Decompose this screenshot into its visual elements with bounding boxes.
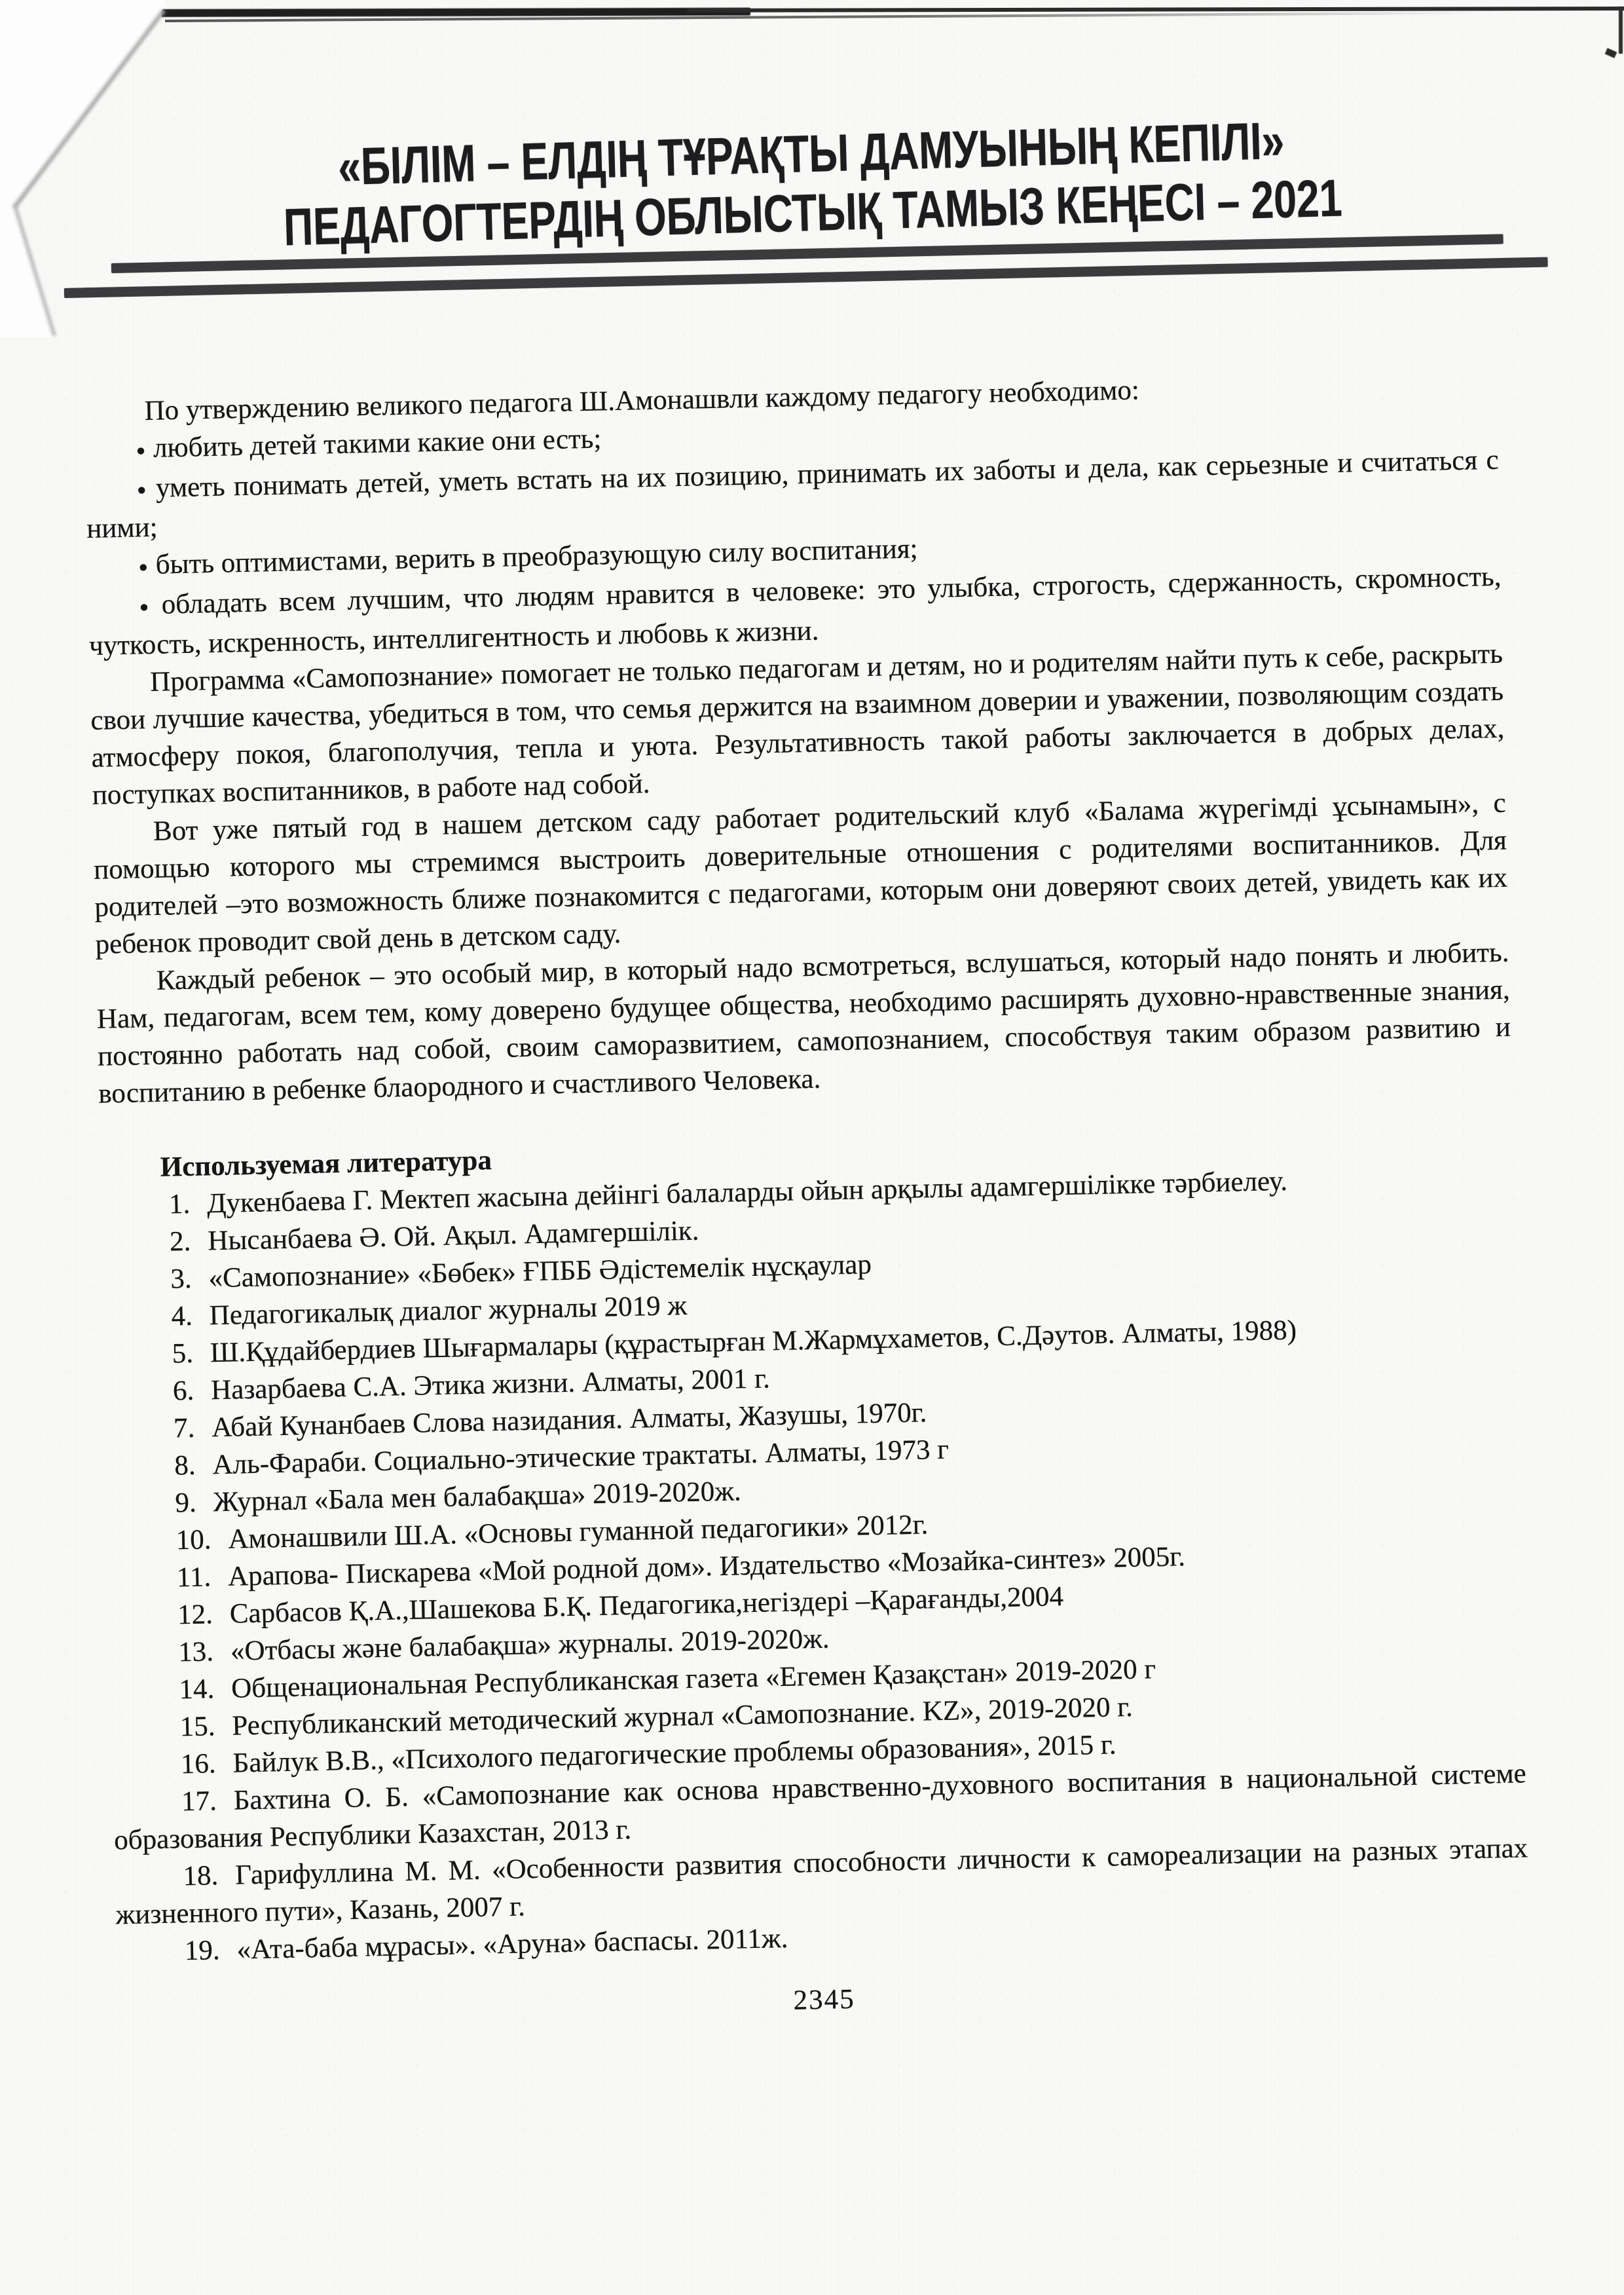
literature-item-text: Педагогикалық диалог журналы 2019 ж [209, 1290, 687, 1331]
page-right-edge-tick [1605, 48, 1617, 58]
literature-item-number: 10. [175, 1524, 212, 1556]
page-number: 2345 [117, 1966, 1531, 2033]
literature-item-number: 16. [180, 1748, 216, 1780]
page-top-edge-line [161, 8, 750, 17]
literature-item-number: 15. [179, 1711, 215, 1742]
literature-item-text: «Ата-баба мұрасы». «Аруна» баспасы. 2011… [236, 1923, 788, 1966]
literature-item-number: 5. [172, 1338, 193, 1370]
literature-item-number: 17. [181, 1785, 217, 1817]
literature-item-number: 4. [171, 1301, 193, 1332]
literature-item-number: 11. [176, 1561, 211, 1593]
document-body: По утверждению великого педагога Ш.Амона… [84, 364, 1531, 2033]
bullet-list: любить детей такими какие они есть; умет… [84, 401, 1502, 665]
literature-item-number: 8. [174, 1450, 196, 1482]
literature-item-number: 6. [172, 1375, 194, 1407]
literature-item-number: 14. [179, 1673, 215, 1705]
body-paragraph: Вот уже пятый год в нашем детском саду р… [92, 784, 1508, 963]
literature-item-number: 18. [183, 1860, 219, 1892]
literature-item-number: 13. [178, 1636, 214, 1668]
literature-item-number: 9. [175, 1487, 196, 1519]
scanned-document-page: «БІЛІМ – ЕЛДІҢ ТҰРАҚТЫ ДАМУЫНЫҢ КЕПІЛІ» … [0, 0, 1624, 2295]
literature-list: 1.Дукенбаева Г. Мектеп жасына дейінгі ба… [100, 1157, 1530, 1971]
literature-item-number: 7. [174, 1413, 195, 1444]
page-right-edge-mark [1619, 7, 1623, 54]
body-paragraph: Программа «Самопознание» помогает не тол… [90, 635, 1505, 814]
literature-item-number: 1. [168, 1189, 190, 1220]
literature-item-number: 12. [177, 1599, 213, 1630]
body-paragraph: Каждый ребенок – это особый мир, в котор… [96, 933, 1511, 1112]
body-paragraphs: Программа «Самопознание» помогает не тол… [90, 635, 1512, 1113]
literature-item-number: 19. [184, 1935, 220, 1966]
literature-item-text: Нысанбаева Ә. Ой. Ақыл. Адамгершілік. [208, 1215, 699, 1256]
literature-item-number: 3. [170, 1263, 192, 1295]
page-top-edge-line-thin [688, 7, 1624, 12]
literature-item-number: 2. [170, 1226, 191, 1258]
